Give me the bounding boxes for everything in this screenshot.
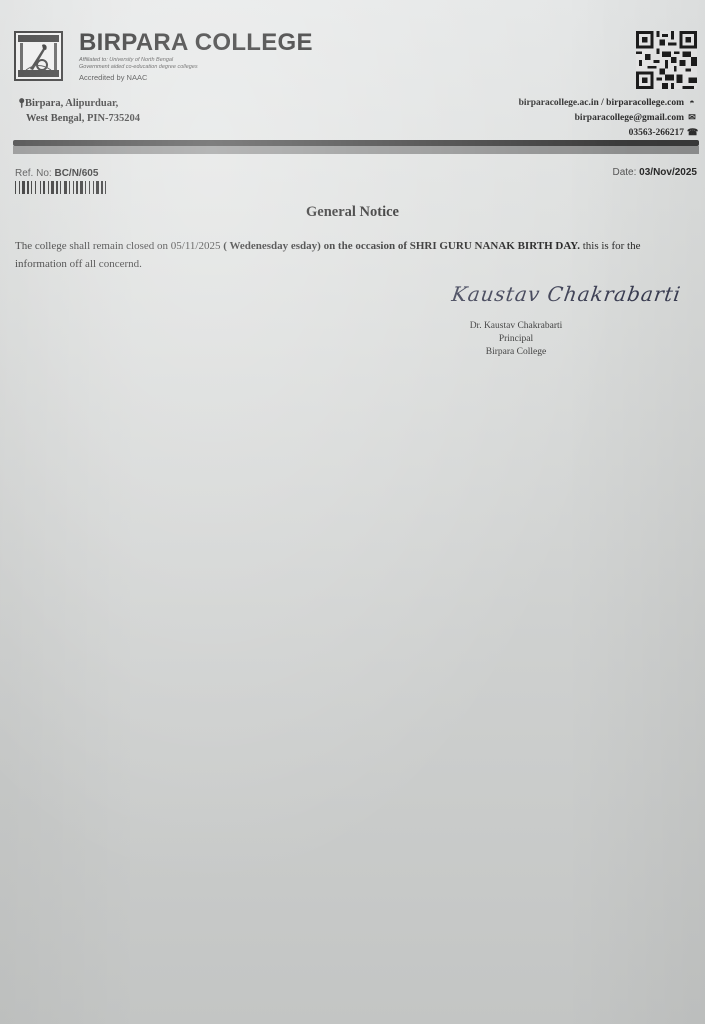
website-row: birparacollege.ac.in / birparacollege.co… xyxy=(519,95,697,110)
date-value: 03/Nov/2025 xyxy=(639,167,697,178)
notice-document: BIRPARA COLLEGE Affiliated to: Universit… xyxy=(0,0,705,1024)
notice-body: The college shall remain closed on 05/11… xyxy=(15,237,691,273)
signatory-designation: Principal xyxy=(446,333,586,346)
signatory-block: Dr. Kaustav Chakrabarti Principal Birpar… xyxy=(446,320,586,359)
handwritten-signature: Kaustav Chakrabarti xyxy=(450,282,682,306)
logo-bottom-band xyxy=(18,70,59,77)
qr-code-icon xyxy=(636,31,697,89)
email-link[interactable]: birparacollege@gmail.com xyxy=(575,113,684,123)
college-emblem-icon xyxy=(20,43,57,71)
globe-icon: ◓ xyxy=(687,95,697,109)
header-divider-light xyxy=(13,146,699,154)
notice-title: General Notice xyxy=(0,204,705,221)
phone-icon: ☎ xyxy=(687,125,697,139)
government-aided-line: Government aided co-education degree col… xyxy=(79,64,198,70)
signatory-institution: Birpara College xyxy=(446,346,586,359)
contact-info: birparacollege.ac.in / birparacollege.co… xyxy=(519,95,697,140)
phone-row: 03563-266217☎ xyxy=(519,125,697,140)
ref-label: Ref. No: xyxy=(15,168,52,179)
email-row: birparacollege@gmail.com✉ xyxy=(519,110,697,125)
notice-date: Date: 03/Nov/2025 xyxy=(612,167,697,178)
logo-top-band xyxy=(18,35,59,42)
ref-value: BC/N/605 xyxy=(54,168,98,179)
address-line-1: Birpara, Alipurduar, xyxy=(25,98,118,109)
date-label: Date: xyxy=(612,167,636,178)
college-logo xyxy=(14,31,63,81)
college-name: BIRPARA COLLEGE xyxy=(79,29,313,57)
barcode-icon xyxy=(15,181,163,194)
notice-text-1: The college shall remain closed on 05/11… xyxy=(15,240,223,252)
affiliation-line: Affiliated to: University of North Benga… xyxy=(79,57,173,63)
website-link[interactable]: birparacollege.ac.in / birparacollege.co… xyxy=(519,98,684,108)
notice-text-emphasis: ( Wedenesday esday) on the occasion of S… xyxy=(223,240,580,252)
college-address: 📍︎Birpara, Alipurduar, West Bengal, PIN-… xyxy=(16,96,140,126)
phone-number[interactable]: 03563-266217 xyxy=(629,128,684,138)
reference-number: Ref. No: BC/N/605 xyxy=(15,168,98,179)
location-pin-icon: 📍︎ xyxy=(16,96,25,111)
address-line-2: West Bengal, PIN-735204 xyxy=(16,111,140,126)
signatory-name: Dr. Kaustav Chakrabarti xyxy=(446,320,586,333)
accreditation-text: Accredited by NAAC xyxy=(79,73,147,82)
mail-icon: ✉ xyxy=(687,110,697,124)
